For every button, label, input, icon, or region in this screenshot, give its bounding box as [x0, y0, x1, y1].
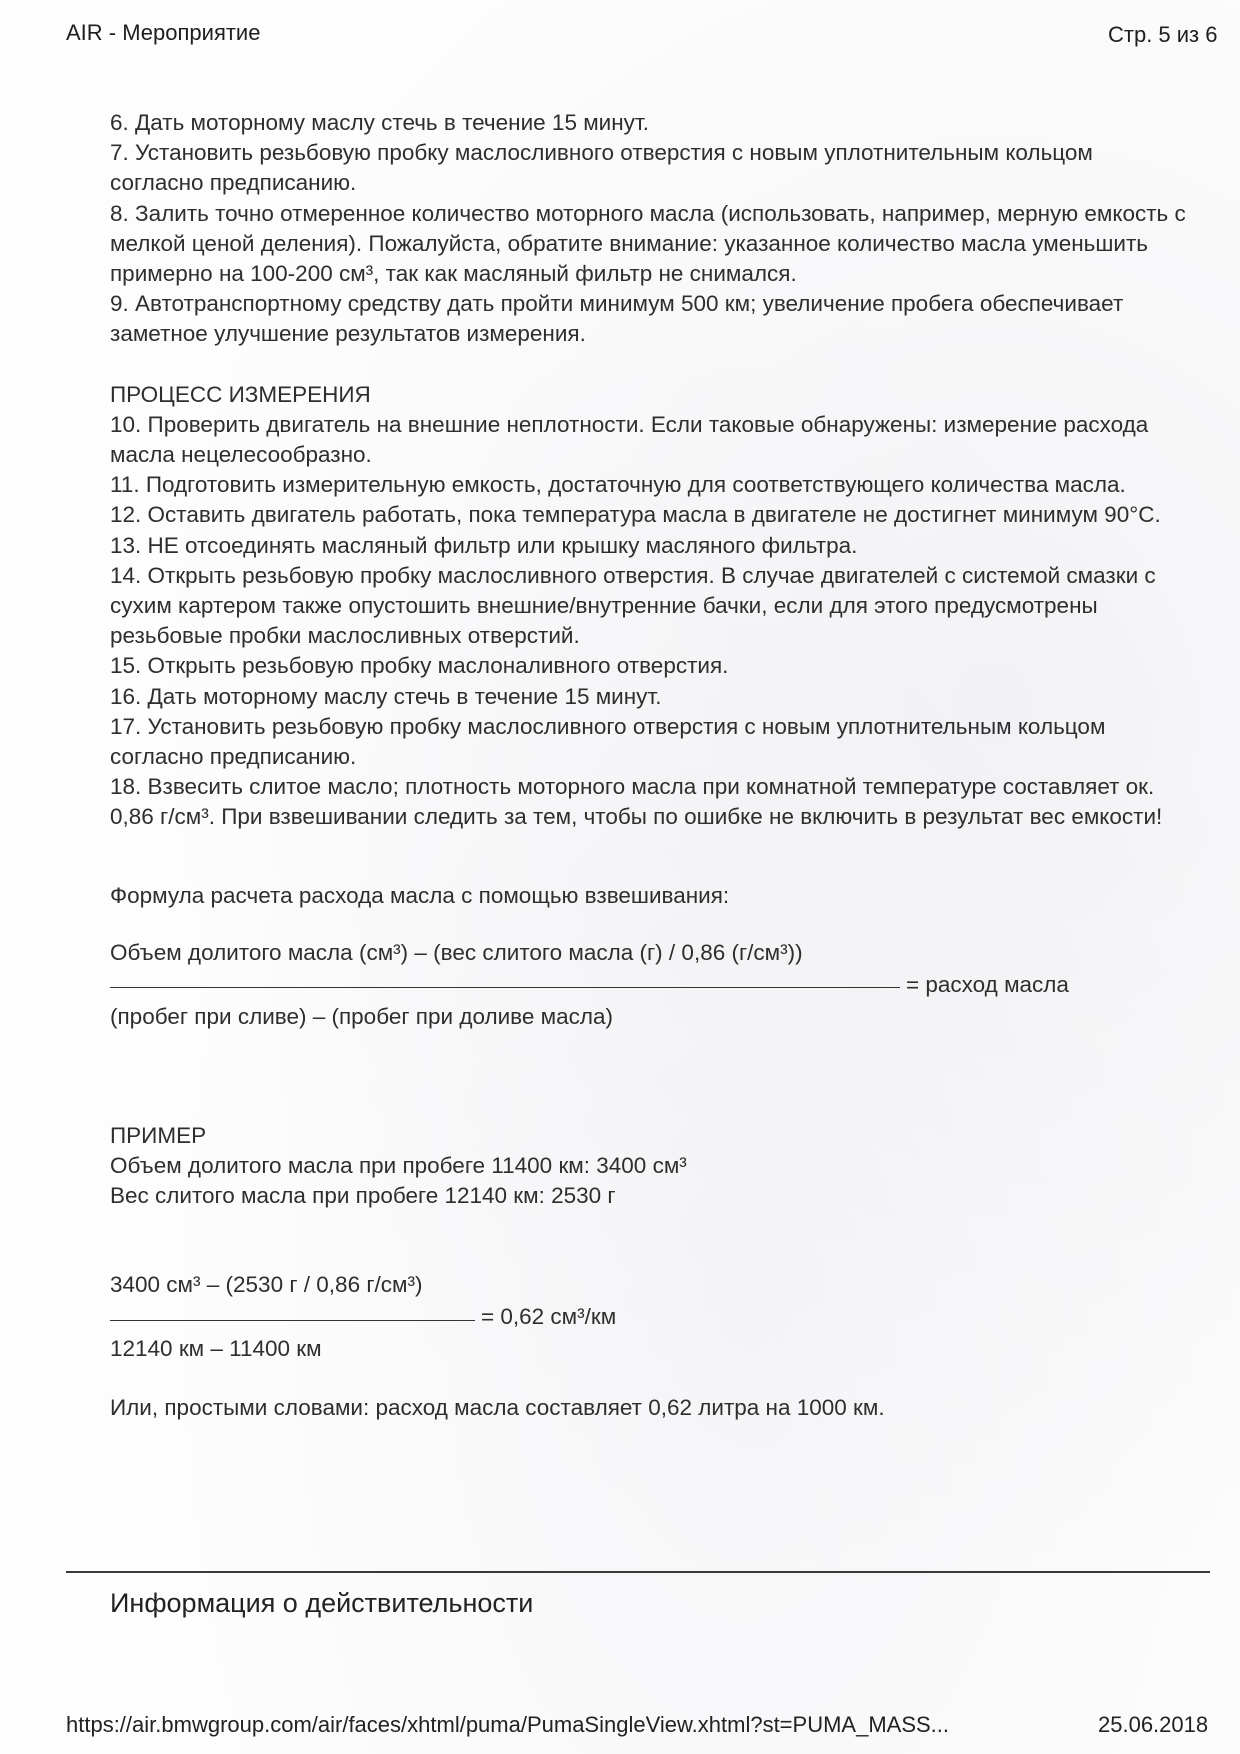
formula-numerator: Объем долитого масла (см³) – (вес слитог… [110, 937, 1190, 969]
formula-intro: Формула расчета расхода масла с помощью … [110, 881, 1190, 911]
step-18-density: 0,86 г/см³. При взвешивании следить за т… [110, 802, 1190, 832]
document-body: 6. Дать моторному маслу стечь в течение … [110, 108, 1190, 1424]
formula-result: = расход масла [906, 970, 1069, 1000]
page-indicator: Стр. 5 из 6 [1108, 22, 1218, 48]
step-14: 14. Открыть резьбовую пробку маслосливно… [110, 561, 1190, 652]
step-9: 9. Автотранспортному средству дать пройт… [110, 289, 1190, 349]
section-divider [66, 1571, 1210, 1573]
example-result: = 0,62 см³/км [481, 1302, 616, 1332]
example-heading: ПРИМЕР [110, 1121, 1190, 1151]
step-12: 12. Оставить двигатель работать, пока те… [110, 500, 1190, 530]
step-16: 16. Дать моторному маслу стечь в течение… [110, 682, 1190, 712]
example-fraction-row: = 0,62 см³/км [110, 1301, 1190, 1333]
step-15: 15. Открыть резьбовую пробку маслоналивн… [110, 651, 1190, 681]
step-18: 18. Взвесить слитое масло; плотность мот… [110, 772, 1190, 802]
example-numerator: 3400 см³ – (2530 г / 0,86 г/см³) [110, 1269, 1190, 1301]
step-8: 8. Залить точно отмеренное количество мо… [110, 199, 1190, 290]
footer-date: 25.06.2018 [1098, 1712, 1208, 1738]
step-13: 13. НЕ отсоединять масляный фильтр или к… [110, 531, 1190, 561]
example-line-1: Объем долитого масла при пробеге 11400 к… [110, 1151, 1190, 1181]
example-denominator: 12140 км – 11400 км [110, 1333, 1190, 1365]
consumption-formula: Объем долитого масла (см³) – (вес слитог… [110, 937, 1190, 1033]
step-17: 17. Установить резьбовую пробку маслосли… [110, 712, 1190, 772]
example-summary: Или, простыми словами: расход масла сост… [110, 1393, 1190, 1423]
validity-heading: Информация о действительности [110, 1588, 533, 1619]
step-6: 6. Дать моторному маслу стечь в течение … [110, 108, 1190, 138]
formula-fraction-row: = расход масла [110, 969, 1190, 1001]
step-7: 7. Установить резьбовую пробку маслослив… [110, 138, 1190, 198]
measurement-heading: ПРОЦЕСС ИЗМЕРЕНИЯ [110, 380, 1190, 410]
document-title: AIR - Мероприятие [66, 20, 260, 46]
step-11: 11. Подготовить измерительную емкость, д… [110, 470, 1190, 500]
fraction-line [110, 987, 900, 988]
formula-denominator: (пробег при сливе) – (пробег при доливе … [110, 1001, 1190, 1033]
fraction-line [110, 1320, 475, 1321]
example-line-2: Вес слитого масла при пробеге 12140 км: … [110, 1181, 1190, 1211]
example-formula: 3400 см³ – (2530 г / 0,86 г/см³) = 0,62 … [110, 1269, 1190, 1365]
step-10: 10. Проверить двигатель на внешние непло… [110, 410, 1190, 470]
footer-url: https://air.bmwgroup.com/air/faces/xhtml… [66, 1712, 949, 1738]
